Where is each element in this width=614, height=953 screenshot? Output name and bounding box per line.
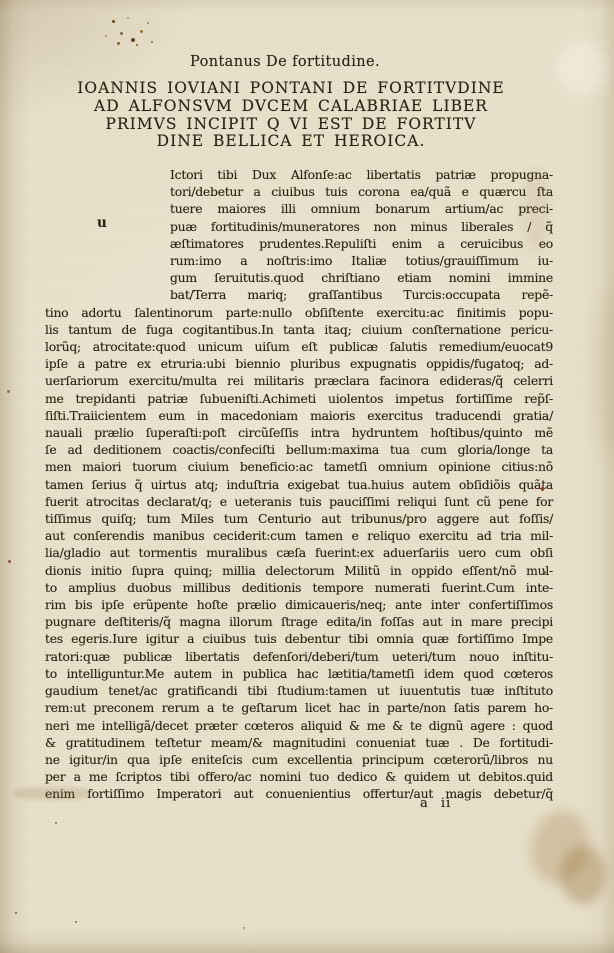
signature-mark: a ii xyxy=(420,796,451,811)
body-line: ipſe a patre ex etruria:ubi biennio plur… xyxy=(45,355,553,372)
body-line: tes egeris.Iure igitur a ciuibus tuis de… xyxy=(45,630,553,647)
dust-speck xyxy=(15,912,17,914)
body-line: rim bis ipſe erũpente hoſte prælio dimic… xyxy=(45,596,553,613)
body-line: per a me ſcriptos tibi offero/ac nomini … xyxy=(45,768,553,785)
body-line: tino adortu ſalentinorum parte:nullo obſ… xyxy=(45,304,553,321)
body-line: rem:ut preconem rerum a te geſtarum lice… xyxy=(45,699,553,716)
light-patch-top-right xyxy=(556,40,608,96)
foxing-speck xyxy=(140,30,143,33)
foxing-speck xyxy=(147,22,149,24)
body-line: to amplius duobus millibus deditionis te… xyxy=(45,579,553,596)
body-line: ratori:quæ publicæ libertatis defenſori/… xyxy=(45,648,553,665)
foxing-speck xyxy=(127,17,129,19)
body-line: neri me intelligã/decet præter cœteros a… xyxy=(45,717,553,734)
body-line: tori/debetur a ciuibus tuis corona ea/qu… xyxy=(170,183,553,200)
dust-speck xyxy=(55,822,57,824)
body-line: bat/Terra mariq; graſſantibus Turcis:occ… xyxy=(170,286,553,303)
running-title: Pontanus De fortitudine. xyxy=(31,54,539,70)
dust-speck xyxy=(75,921,77,923)
incipit-line: DINE BELLICA ET HEROICA. xyxy=(37,133,545,151)
dust-speck xyxy=(8,560,11,563)
incipit-line: IOANNIS IOVIANI PONTANI DE FORTITVDINE xyxy=(37,80,545,98)
body-line: ſiſti.Traiicientem eum in macedoniam mai… xyxy=(45,407,553,424)
body-line: men maiori tuorum ciuium beneficio:ac ta… xyxy=(45,458,553,475)
stain-bottom-right xyxy=(524,805,596,889)
foxing-speck xyxy=(136,44,138,46)
stain-right-edge xyxy=(597,290,614,460)
initial-indented-lines: Ictori tibi Dux Alfonſe:ac libertatis pa… xyxy=(170,166,553,304)
foxing-speck xyxy=(131,38,135,42)
incipit-line: AD ALFONSVM DVCEM CALABRIAE LIBER xyxy=(37,98,545,116)
foxing-speck xyxy=(112,20,115,23)
dust-speck xyxy=(7,390,10,393)
body-line: me trepidanti patriæ ſubueniſti.Achimeti… xyxy=(45,390,553,407)
body-line: tamen ſerius q̃ uirtus atq; induſtria ex… xyxy=(45,476,553,493)
body-line: gum ſeruitutis.quod chriſtiano etiam nom… xyxy=(170,269,553,286)
incipit-line: PRIMVS INCIPIT Q VI EST DE FORTITV xyxy=(37,116,545,134)
body-line: Ictori tibi Dux Alfonſe:ac libertatis pa… xyxy=(170,166,553,183)
body-line: uerſariorum exercitu/multa rei militaris… xyxy=(45,372,553,389)
body-line: puæ fortitudinis/muneratores non minus l… xyxy=(170,218,553,235)
foxing-speck xyxy=(105,35,107,37)
body-line: lis tantum de fuga cogitantibus.In tanta… xyxy=(45,321,553,338)
body-line: to intelliguntur.Me autem in publica hac… xyxy=(45,665,553,682)
body-line: tuere maiores illi omnium bonarum artium… xyxy=(170,200,553,217)
body-line: ſe ad deditionem coactis/confeciſti bell… xyxy=(45,441,553,458)
body-line: ne igitur/in qua ipſe eniteſcis cum exce… xyxy=(45,751,553,768)
body-line: rum:imo a noſtris:imo Italiæ totius/grau… xyxy=(170,252,553,269)
book-page-scan: Pontanus De fortitudine. IOANNIS IOVIANI… xyxy=(0,0,614,953)
body-line: pugnare deſtiteris/q̃ magna illorum ſtra… xyxy=(45,613,553,630)
body-line: lorũq; atrocitate:quod unicum uiſum eſt … xyxy=(45,338,553,355)
body-line: æſtimatores prudentes.Repuliſti enim a c… xyxy=(170,235,553,252)
body-line: enim fortiſſimo Imperatori aut conuenien… xyxy=(45,785,553,802)
foxing-speck xyxy=(117,42,120,45)
body-line: fuerit atrocitas declarat/q; e ueteranis… xyxy=(45,493,553,510)
body-line: tiſſimus quiſq; tum Miles tum Centurio a… xyxy=(45,510,553,527)
stain-bottom-right-edge xyxy=(560,846,606,904)
dust-speck xyxy=(243,927,245,929)
foxing-speck xyxy=(151,41,153,43)
body-line: gaudium tenet/ac gratificandi tibi ſtudi… xyxy=(45,682,553,699)
body-line: aut conſerendis manibus ceciderit:cum ta… xyxy=(45,527,553,544)
full-width-lines: tino adortu ſalentinorum parte:nullo obſ… xyxy=(45,304,553,803)
body-text: Ictori tibi Dux Alfonſe:ac libertatis pa… xyxy=(45,166,553,803)
body-line: & gratitudinem teſtetur meam/& magnitudi… xyxy=(45,734,553,751)
body-line: nauali prælio ſuperaſti:poſt circũſeſſis… xyxy=(45,424,553,441)
incipit-heading: IOANNIS IOVIANI PONTANI DE FORTITVDINEAD… xyxy=(37,80,545,151)
body-line: lia/gladio aut tormentis muralibus cæſa … xyxy=(45,544,553,561)
body-line: dionis initio ſupra quinq; millia delect… xyxy=(45,562,553,579)
foxing-speck xyxy=(120,32,123,35)
